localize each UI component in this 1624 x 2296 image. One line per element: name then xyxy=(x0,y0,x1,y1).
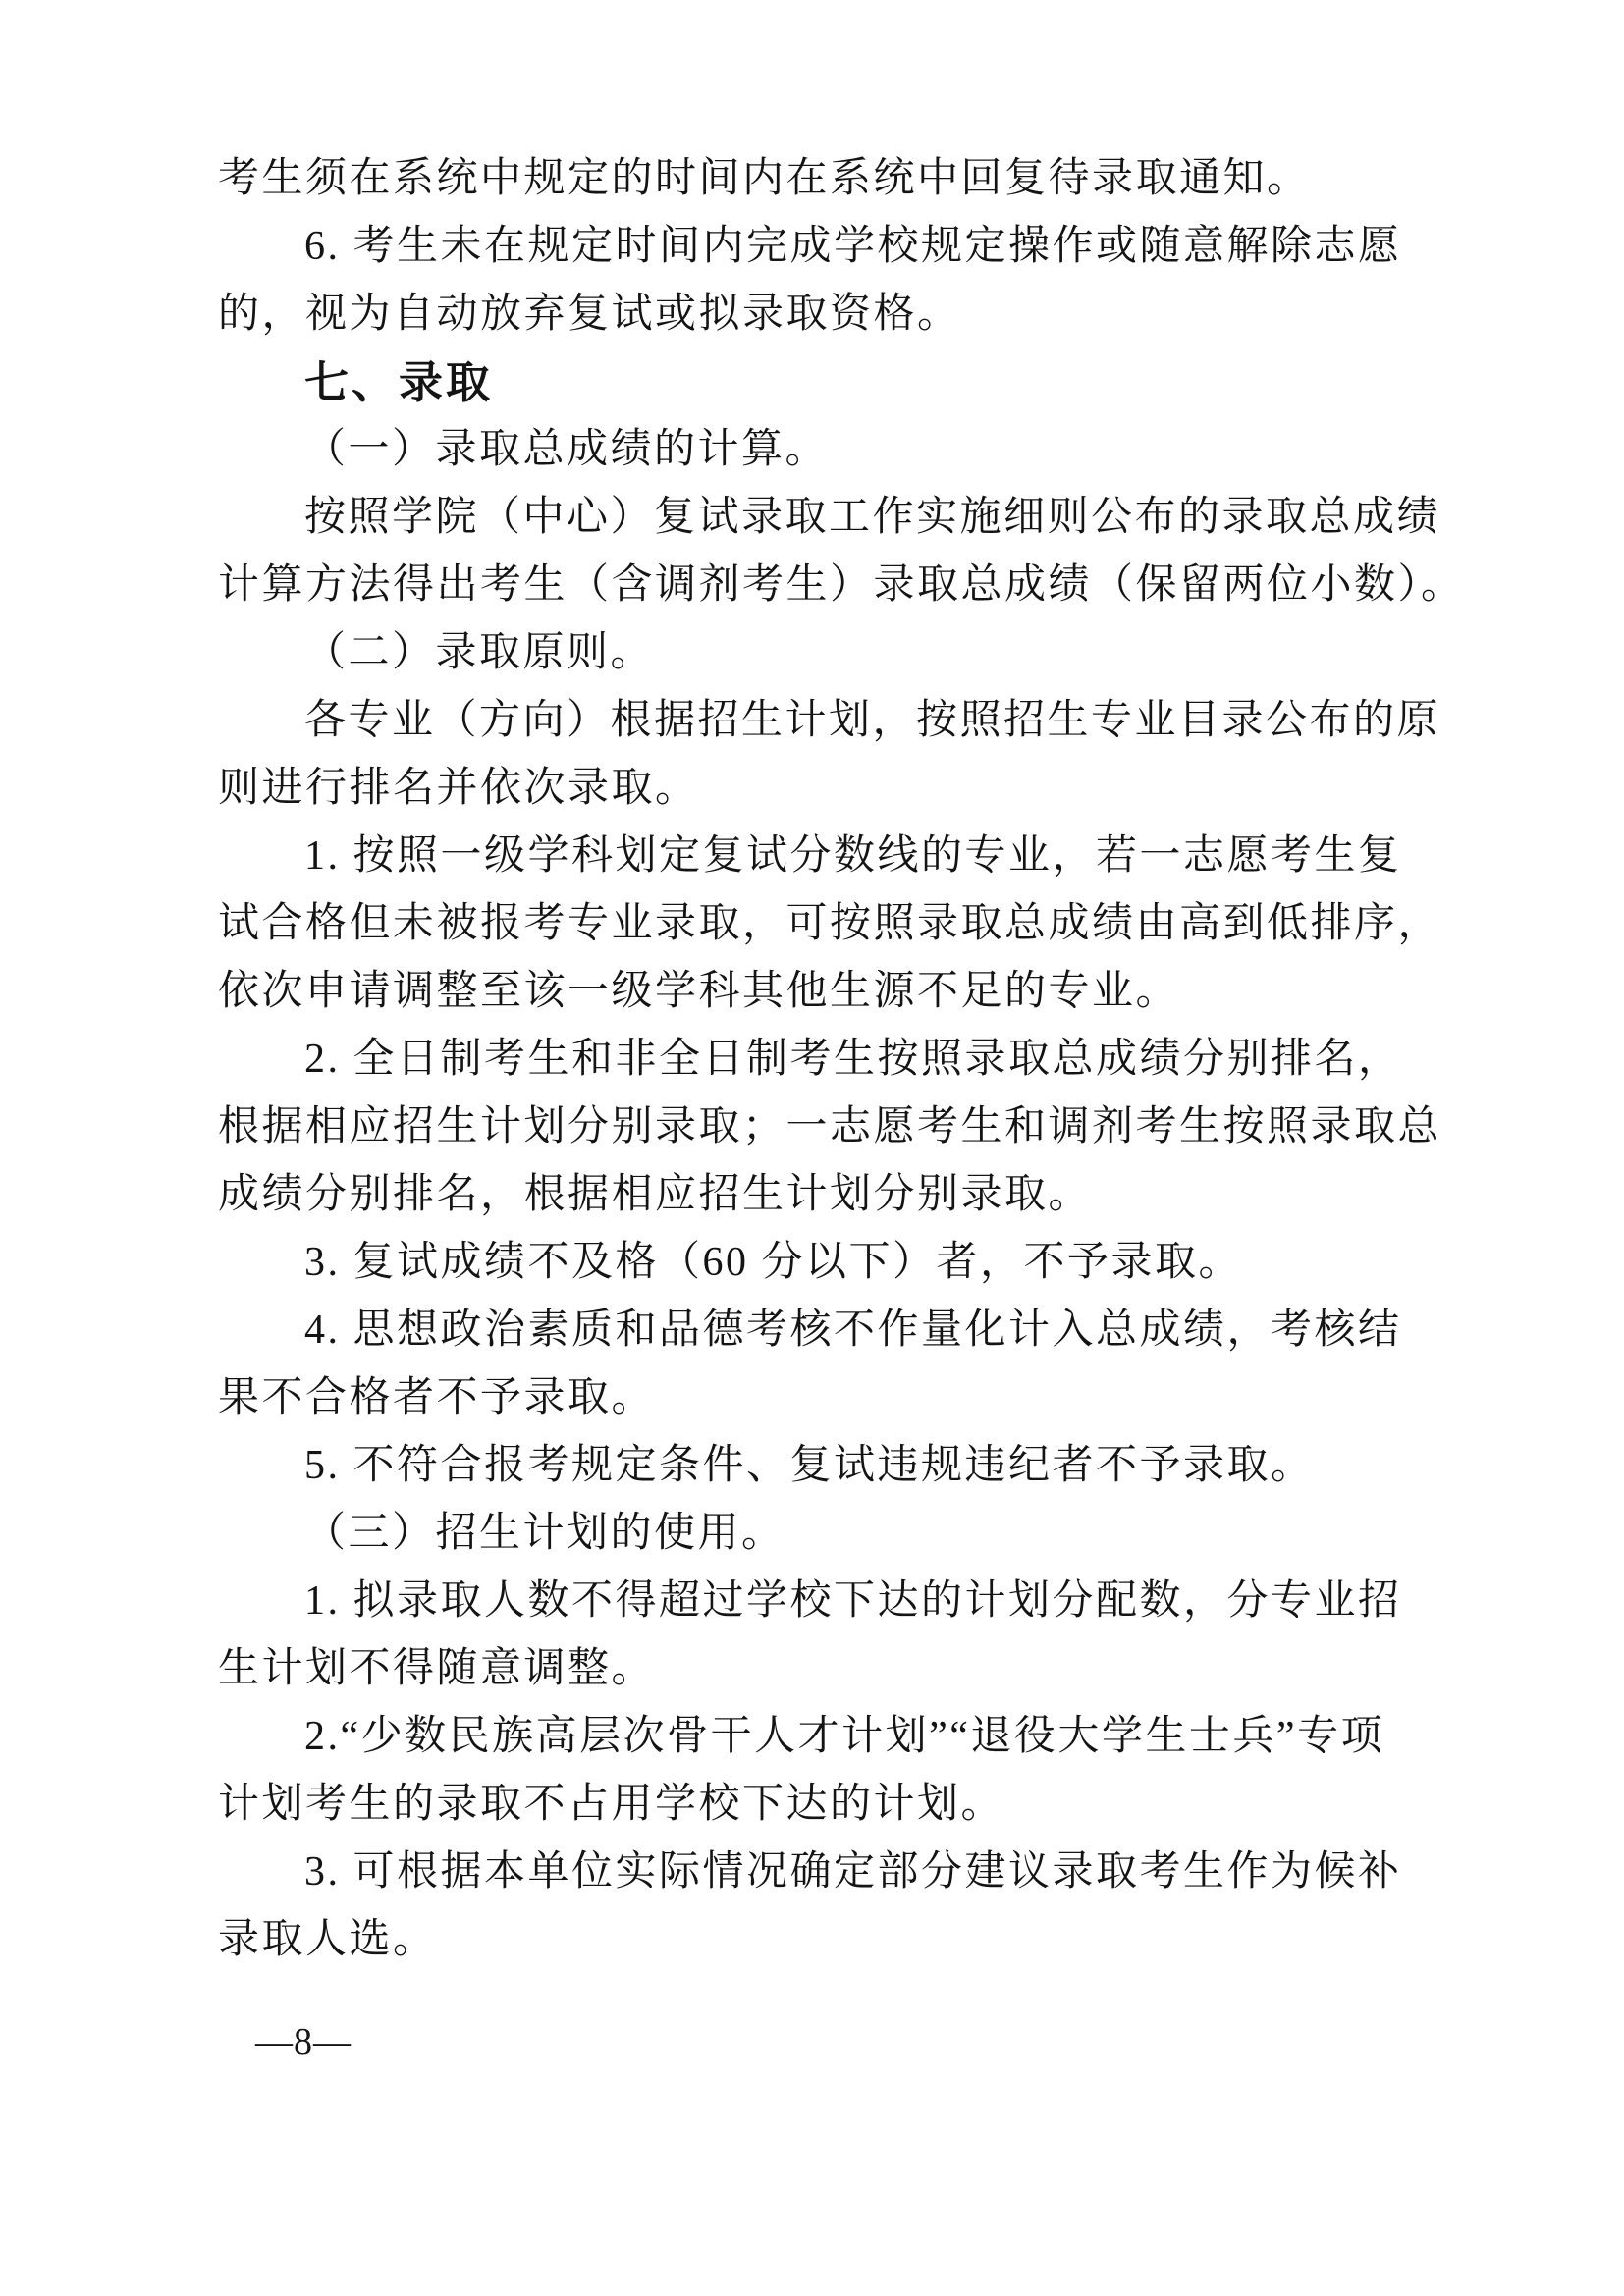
subsection-heading: （一）录取总成绩的计算。 xyxy=(218,416,1435,484)
doc-line: 6. 考生未在规定时间内完成学校规定操作或随意解除志愿 xyxy=(218,213,1435,281)
doc-line: 各专业（方向）根据招生计划，按照招生专业目录公布的原 xyxy=(218,687,1435,755)
doc-line: 4. 思想政治素质和品德考核不作量化计入总成绩，考核结 xyxy=(218,1297,1435,1364)
doc-line: 根据相应招生计划分别录取；一志愿考生和调剂考生按照录取总 xyxy=(218,1094,1435,1161)
doc-line: 按照学院（中心）复试录取工作实施细则公布的录取总成绩 xyxy=(218,484,1435,552)
doc-line: 2.“少数民族高层次骨干人才计划”“退役大学生士兵”专项 xyxy=(218,1703,1435,1771)
doc-line: 试合格但未被报考专业录取，可按照录取总成绩由高到低排序， xyxy=(218,890,1435,958)
doc-line: 3. 可根据本单位实际情况确定部分建议录取考生作为候补 xyxy=(218,1839,1435,1906)
doc-line: 成绩分别排名，根据相应招生计划分别录取。 xyxy=(218,1161,1435,1229)
subsection-heading: （三）招生计划的使用。 xyxy=(218,1500,1435,1568)
doc-line: 考生须在系统中规定的时间内在系统中回复待录取通知。 xyxy=(218,145,1435,213)
subsection-heading: （二）录取原则。 xyxy=(218,619,1435,687)
doc-line: 计划考生的录取不占用学校下达的计划。 xyxy=(218,1771,1435,1839)
doc-line: 生计划不得随意调整。 xyxy=(218,1635,1435,1703)
doc-line: 2. 全日制考生和非全日制考生按照录取总成绩分别排名， xyxy=(218,1026,1435,1094)
doc-line: 3. 复试成绩不及格（60 分以下）者，不予录取。 xyxy=(218,1229,1435,1297)
doc-line: 果不合格者不予录取。 xyxy=(218,1364,1435,1432)
doc-line: 则进行排名并依次录取。 xyxy=(218,755,1435,823)
document-text-block: 考生须在系统中规定的时间内在系统中回复待录取通知。 6. 考生未在规定时间内完成… xyxy=(218,145,1435,1974)
section-heading: 七、录取 xyxy=(218,348,1435,416)
doc-line: 计算方法得出考生（含调剂考生）录取总成绩（保留两位小数）。 xyxy=(218,552,1435,619)
doc-line: 的，视为自动放弃复试或拟录取资格。 xyxy=(218,281,1435,348)
doc-line: 5. 不符合报考规定条件、复试违规违纪者不予录取。 xyxy=(218,1432,1435,1500)
doc-line: 录取人选。 xyxy=(218,1906,1435,1974)
doc-line: 1. 按照一级学科划定复试分数线的专业，若一志愿考生复 xyxy=(218,823,1435,890)
page-number: —8— xyxy=(255,2014,352,2069)
document-page: 考生须在系统中规定的时间内在系统中回复待录取通知。 6. 考生未在规定时间内完成… xyxy=(0,0,1624,2296)
doc-line: 依次申请调整至该一级学科其他生源不足的专业。 xyxy=(218,958,1435,1026)
doc-line: 1. 拟录取人数不得超过学校下达的计划分配数，分专业招 xyxy=(218,1568,1435,1635)
